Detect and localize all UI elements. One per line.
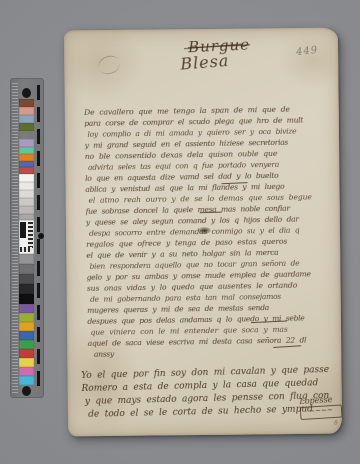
color-patch xyxy=(19,367,34,376)
resolution-target xyxy=(19,220,34,254)
corner-mark: 8 xyxy=(334,420,338,427)
folio-number: 449 xyxy=(296,45,319,58)
registration-dot xyxy=(22,88,31,98)
color-patch xyxy=(19,123,34,131)
color-patch xyxy=(19,322,34,331)
tg-bar-pattern xyxy=(20,222,26,238)
page-heading: Burgue Blesa xyxy=(188,36,250,71)
registration-dot xyxy=(22,386,31,396)
colorbar-microtext xyxy=(12,83,18,393)
color-bar-patches xyxy=(19,87,34,397)
color-patch xyxy=(19,206,34,214)
color-calibration-bar xyxy=(10,78,44,398)
color-patch xyxy=(19,274,34,284)
color-patch xyxy=(19,99,34,107)
color-patch xyxy=(19,264,34,274)
photograph: 449 Burgue Blesa De cavallero que me ten… xyxy=(0,0,360,464)
color-patch xyxy=(19,349,34,358)
color-patch xyxy=(19,358,34,367)
color-patch xyxy=(19,284,34,294)
color-patch xyxy=(19,294,34,304)
color-patch xyxy=(19,107,34,115)
color-patch xyxy=(19,167,34,174)
registration-dot xyxy=(38,233,44,239)
heading-word: Blesa xyxy=(180,49,251,74)
tg-grid-pattern xyxy=(28,222,33,250)
color-patch xyxy=(19,147,34,154)
color-patch xyxy=(19,115,34,123)
color-patch xyxy=(19,154,34,161)
paper-stain xyxy=(278,29,349,90)
colorbar-gap xyxy=(19,131,34,139)
color-patch xyxy=(19,304,34,313)
color-patch xyxy=(19,376,34,385)
color-patch xyxy=(19,313,34,322)
signature-rubric: ~~~~ xyxy=(300,404,343,420)
manuscript-page: 449 Burgue Blesa De cavallero que me ten… xyxy=(64,28,342,437)
color-patch xyxy=(19,182,34,190)
color-patch xyxy=(19,340,34,349)
manuscript-closing: Yo el que por fin soy don mi cavalan y q… xyxy=(81,364,330,422)
color-patch xyxy=(19,190,34,198)
color-patch xyxy=(19,174,34,182)
pen-scribble xyxy=(96,53,123,77)
color-patch xyxy=(19,139,34,147)
signature: Lopesse ~~~~ xyxy=(299,394,342,420)
color-patch xyxy=(19,331,34,340)
color-patch xyxy=(19,254,34,264)
color-patch xyxy=(19,198,34,206)
tg-row-pattern xyxy=(20,247,32,252)
